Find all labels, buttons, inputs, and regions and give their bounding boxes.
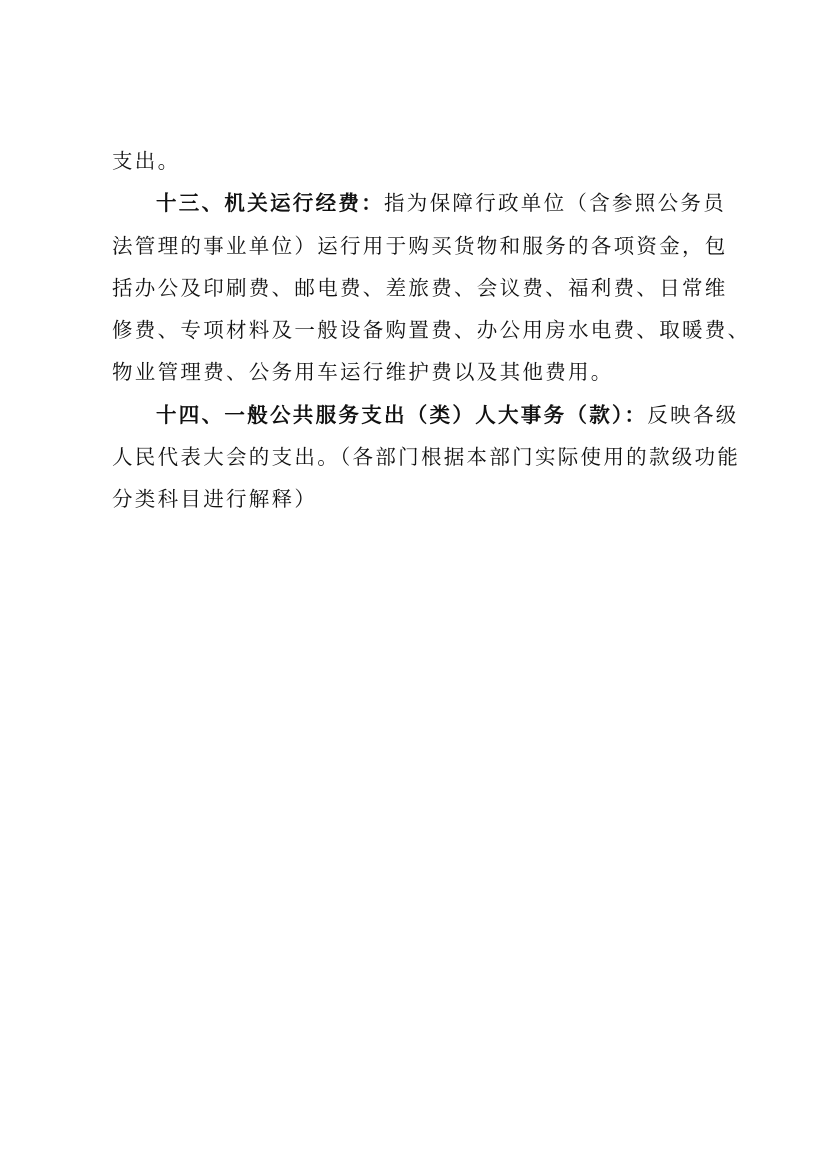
text-line: 法管理的事业单位）运行用于购买货物和服务的各项资金，包 xyxy=(112,225,716,267)
paragraph-continuation: 支出。 xyxy=(112,140,716,182)
text-line: 分类科目进行解释） xyxy=(112,478,716,520)
section-13-first-line: 十三、机关运行经费：指为保障行政单位（含参照公务员 xyxy=(112,182,716,224)
section-13-heading: 十三、机关运行经费： xyxy=(156,191,384,215)
text-line: 反映各级 xyxy=(647,403,738,427)
section-14-heading: 十四、一般公共服务支出（类）人大事务（款）： xyxy=(156,403,647,427)
text-line: 物业管理费、公务用车运行维护费以及其他费用。 xyxy=(112,351,716,393)
text-line: 括办公及印刷费、邮电费、差旅费、会议费、福利费、日常维 xyxy=(112,267,716,309)
document-page: 支出。 十三、机关运行经费：指为保障行政单位（含参照公务员 法管理的事业单位）运… xyxy=(112,140,716,521)
text-line: 支出。 xyxy=(112,149,180,173)
text-line: 指为保障行政单位（含参照公务员 xyxy=(384,191,726,215)
section-14: 十四、一般公共服务支出（类）人大事务（款）：反映各级 人民代表大会的支出。（各部… xyxy=(112,394,716,521)
section-13: 十三、机关运行经费：指为保障行政单位（含参照公务员 法管理的事业单位）运行用于购… xyxy=(112,182,716,393)
section-14-first-line: 十四、一般公共服务支出（类）人大事务（款）：反映各级 xyxy=(112,394,716,436)
text-line: 修费、专项材料及一般设备购置费、办公用房水电费、取暖费、 xyxy=(112,309,716,351)
text-line: 人民代表大会的支出。（各部门根据本部门实际使用的款级功能 xyxy=(112,436,716,478)
